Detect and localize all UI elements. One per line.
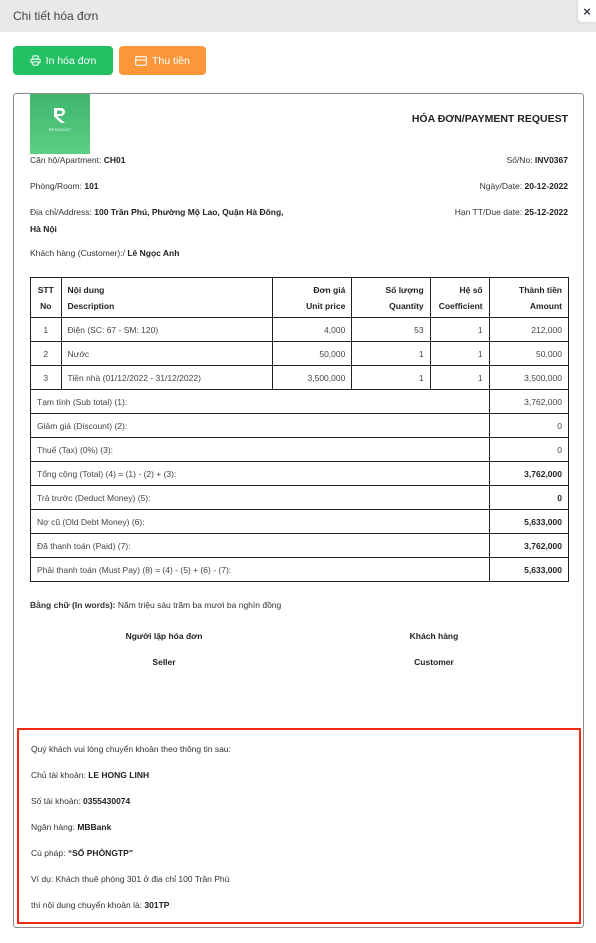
bank-name: Ngân hàng: MBBank <box>31 822 111 832</box>
total-row: Tổng cộng (Total) (4) = (1) - (2) + (3):… <box>31 462 569 486</box>
table-cell: 212,000 <box>489 318 568 342</box>
table-cell: 5,633,000 <box>489 510 568 534</box>
table-cell: Giảm giá (Discount) (2): <box>31 414 490 438</box>
table-cell: 3,762,000 <box>489 534 568 558</box>
room-info: Phòng/Room: 101 <box>30 178 99 195</box>
table-cell: 3,500,000 <box>489 366 568 390</box>
table-cell: 1 <box>430 342 489 366</box>
credit-card-icon <box>135 56 147 66</box>
print-invoice-button[interactable]: In hóa đơn <box>13 46 113 75</box>
table-row: 1Điện (SC: 67 - SM: 120)4,000531212,000 <box>31 318 569 342</box>
table-cell: Nợ cũ (Old Debt Money) (6): <box>31 510 490 534</box>
header-description: Nội dungDescription <box>61 278 273 318</box>
bank-intro: Quý khách vui lòng chuyển khoản theo thô… <box>31 744 231 754</box>
account-number: Số tài khoản: 0355430074 <box>31 796 130 806</box>
table-cell: 3,500,000 <box>273 366 352 390</box>
customer-info: Khách hàng (Customer):/ Lê Ngọc Anh <box>30 245 179 262</box>
address-info: Địa chỉ/Address: 100 Trần Phú, Phường Mộ… <box>30 204 295 238</box>
invoice-date-value: 20-12-2022 <box>525 181 568 191</box>
header-quantity: Số lượngQuantity <box>352 278 430 318</box>
invoice-document: RESIDENT HÓA ĐƠN/PAYMENT REQUEST Căn hộ/… <box>13 93 584 928</box>
table-cell: 0 <box>489 414 568 438</box>
resident-logo: RESIDENT <box>30 94 90 154</box>
invoice-number-value: INV0367 <box>535 155 568 165</box>
bank-transfer-info: Quý khách vui lòng chuyển khoản theo thô… <box>17 728 581 924</box>
seller-title-vi: Người lập hóa đơn <box>64 631 264 641</box>
table-cell: Điện (SC: 67 - SM: 120) <box>61 318 273 342</box>
table-cell: 3,762,000 <box>489 390 568 414</box>
header-coefficient: Hệ sốCoefficient <box>430 278 489 318</box>
table-cell: 50,000 <box>489 342 568 366</box>
collect-payment-label: Thu tiền <box>152 55 190 67</box>
due-date: Hạn TT/Due date: 25-12-2022 <box>455 204 568 221</box>
transfer-content: thì nội dung chuyển khoản là: 301TP <box>31 900 169 910</box>
header-unit-price: Đơn giáUnit price <box>273 278 352 318</box>
invoice-date: Ngày/Date: 20-12-2022 <box>480 178 568 195</box>
in-words-label: Bằng chữ (In words): <box>30 600 116 610</box>
table-cell: Đã thanh toán (Paid) (7): <box>31 534 490 558</box>
invoice-items-table: STTNo Nội dungDescription Đơn giáUnit pr… <box>30 277 569 582</box>
printer-icon <box>30 55 41 66</box>
table-row: 2Nước50,0001150,000 <box>31 342 569 366</box>
table-cell: 1 <box>430 366 489 390</box>
customer-title-vi: Khách hàng <box>334 631 534 641</box>
table-cell: 1 <box>352 342 430 366</box>
collect-payment-button[interactable]: Thu tiền <box>119 46 206 75</box>
logo-r-icon <box>53 107 67 124</box>
table-cell: 0 <box>489 486 568 510</box>
table-cell: 3 <box>31 366 62 390</box>
account-holder: Chủ tài khoản: LE HONG LINH <box>31 770 149 780</box>
table-row: 3Tiền nhà (01/12/2022 - 31/12/2022)3,500… <box>31 366 569 390</box>
modal-title: Chi tiết hóa đơn <box>13 9 98 23</box>
deduct-money-row: Trả trước (Deduct Money) (5):0 <box>31 486 569 510</box>
in-words-value: Năm triệu sáu trăm ba mươi ba nghìn đồng <box>116 600 282 610</box>
due-date-value: 25-12-2022 <box>525 207 568 217</box>
logo-text: RESIDENT <box>30 127 90 132</box>
transfer-syntax: Cú pháp: “SỐ PHÒNGTP” <box>31 848 133 858</box>
table-cell: 1 <box>31 318 62 342</box>
table-cell: Tổng cộng (Total) (4) = (1) - (2) + (3): <box>31 462 490 486</box>
table-cell: 2 <box>31 342 62 366</box>
table-cell: 1 <box>352 366 430 390</box>
customer-value: Lê Ngọc Anh <box>127 248 179 258</box>
paid-row: Đã thanh toán (Paid) (7):3,762,000 <box>31 534 569 558</box>
table-cell: 53 <box>352 318 430 342</box>
customer-title-en: Customer <box>334 657 534 667</box>
table-cell: Phải thanh toán (Must Pay) (8) = (4) - (… <box>31 558 490 582</box>
table-header-row: STTNo Nội dungDescription Đơn giáUnit pr… <box>31 278 569 318</box>
table-cell: Nước <box>61 342 273 366</box>
seller-title-en: Seller <box>64 657 264 667</box>
close-icon: × <box>583 4 591 19</box>
room-value: 101 <box>84 181 98 191</box>
old-debt-row: Nợ cũ (Old Debt Money) (6):5,633,000 <box>31 510 569 534</box>
table-cell: 5,633,000 <box>489 558 568 582</box>
table-cell: 3,762,000 <box>489 462 568 486</box>
table-cell: 1 <box>430 318 489 342</box>
table-cell: Thuế (Tax) (0%) (3): <box>31 438 490 462</box>
close-button[interactable]: × <box>578 0 596 22</box>
header-amount: Thành tiềnAmount <box>489 278 568 318</box>
amount-in-words: Bằng chữ (In words): Năm triệu sáu trăm … <box>30 600 281 610</box>
table-cell: 50,000 <box>273 342 352 366</box>
invoice-number: Số/No: INV0367 <box>507 152 568 169</box>
table-cell: Tiền nhà (01/12/2022 - 31/12/2022) <box>61 366 273 390</box>
apartment-info: Căn hộ/Apartment: CH01 <box>30 152 125 169</box>
modal-header: Chi tiết hóa đơn <box>0 0 596 32</box>
print-invoice-label: In hóa đơn <box>46 55 97 67</box>
invoice-title: HÓA ĐƠN/PAYMENT REQUEST <box>412 113 568 125</box>
table-cell: Tạm tính (Sub total) (1): <box>31 390 490 414</box>
header-no: STTNo <box>31 278 62 318</box>
apartment-value: CH01 <box>104 155 126 165</box>
table-cell: 4,000 <box>273 318 352 342</box>
table-cell: 0 <box>489 438 568 462</box>
must-pay-row: Phải thanh toán (Must Pay) (8) = (4) - (… <box>31 558 569 582</box>
transfer-example: Ví dụ: Khách thuê phòng 301 ở địa chỉ 10… <box>31 874 229 884</box>
table-cell: Trả trước (Deduct Money) (5): <box>31 486 490 510</box>
discount-row: Giảm giá (Discount) (2):0 <box>31 414 569 438</box>
subtotal-row: Tạm tính (Sub total) (1):3,762,000 <box>31 390 569 414</box>
tax-row: Thuế (Tax) (0%) (3):0 <box>31 438 569 462</box>
